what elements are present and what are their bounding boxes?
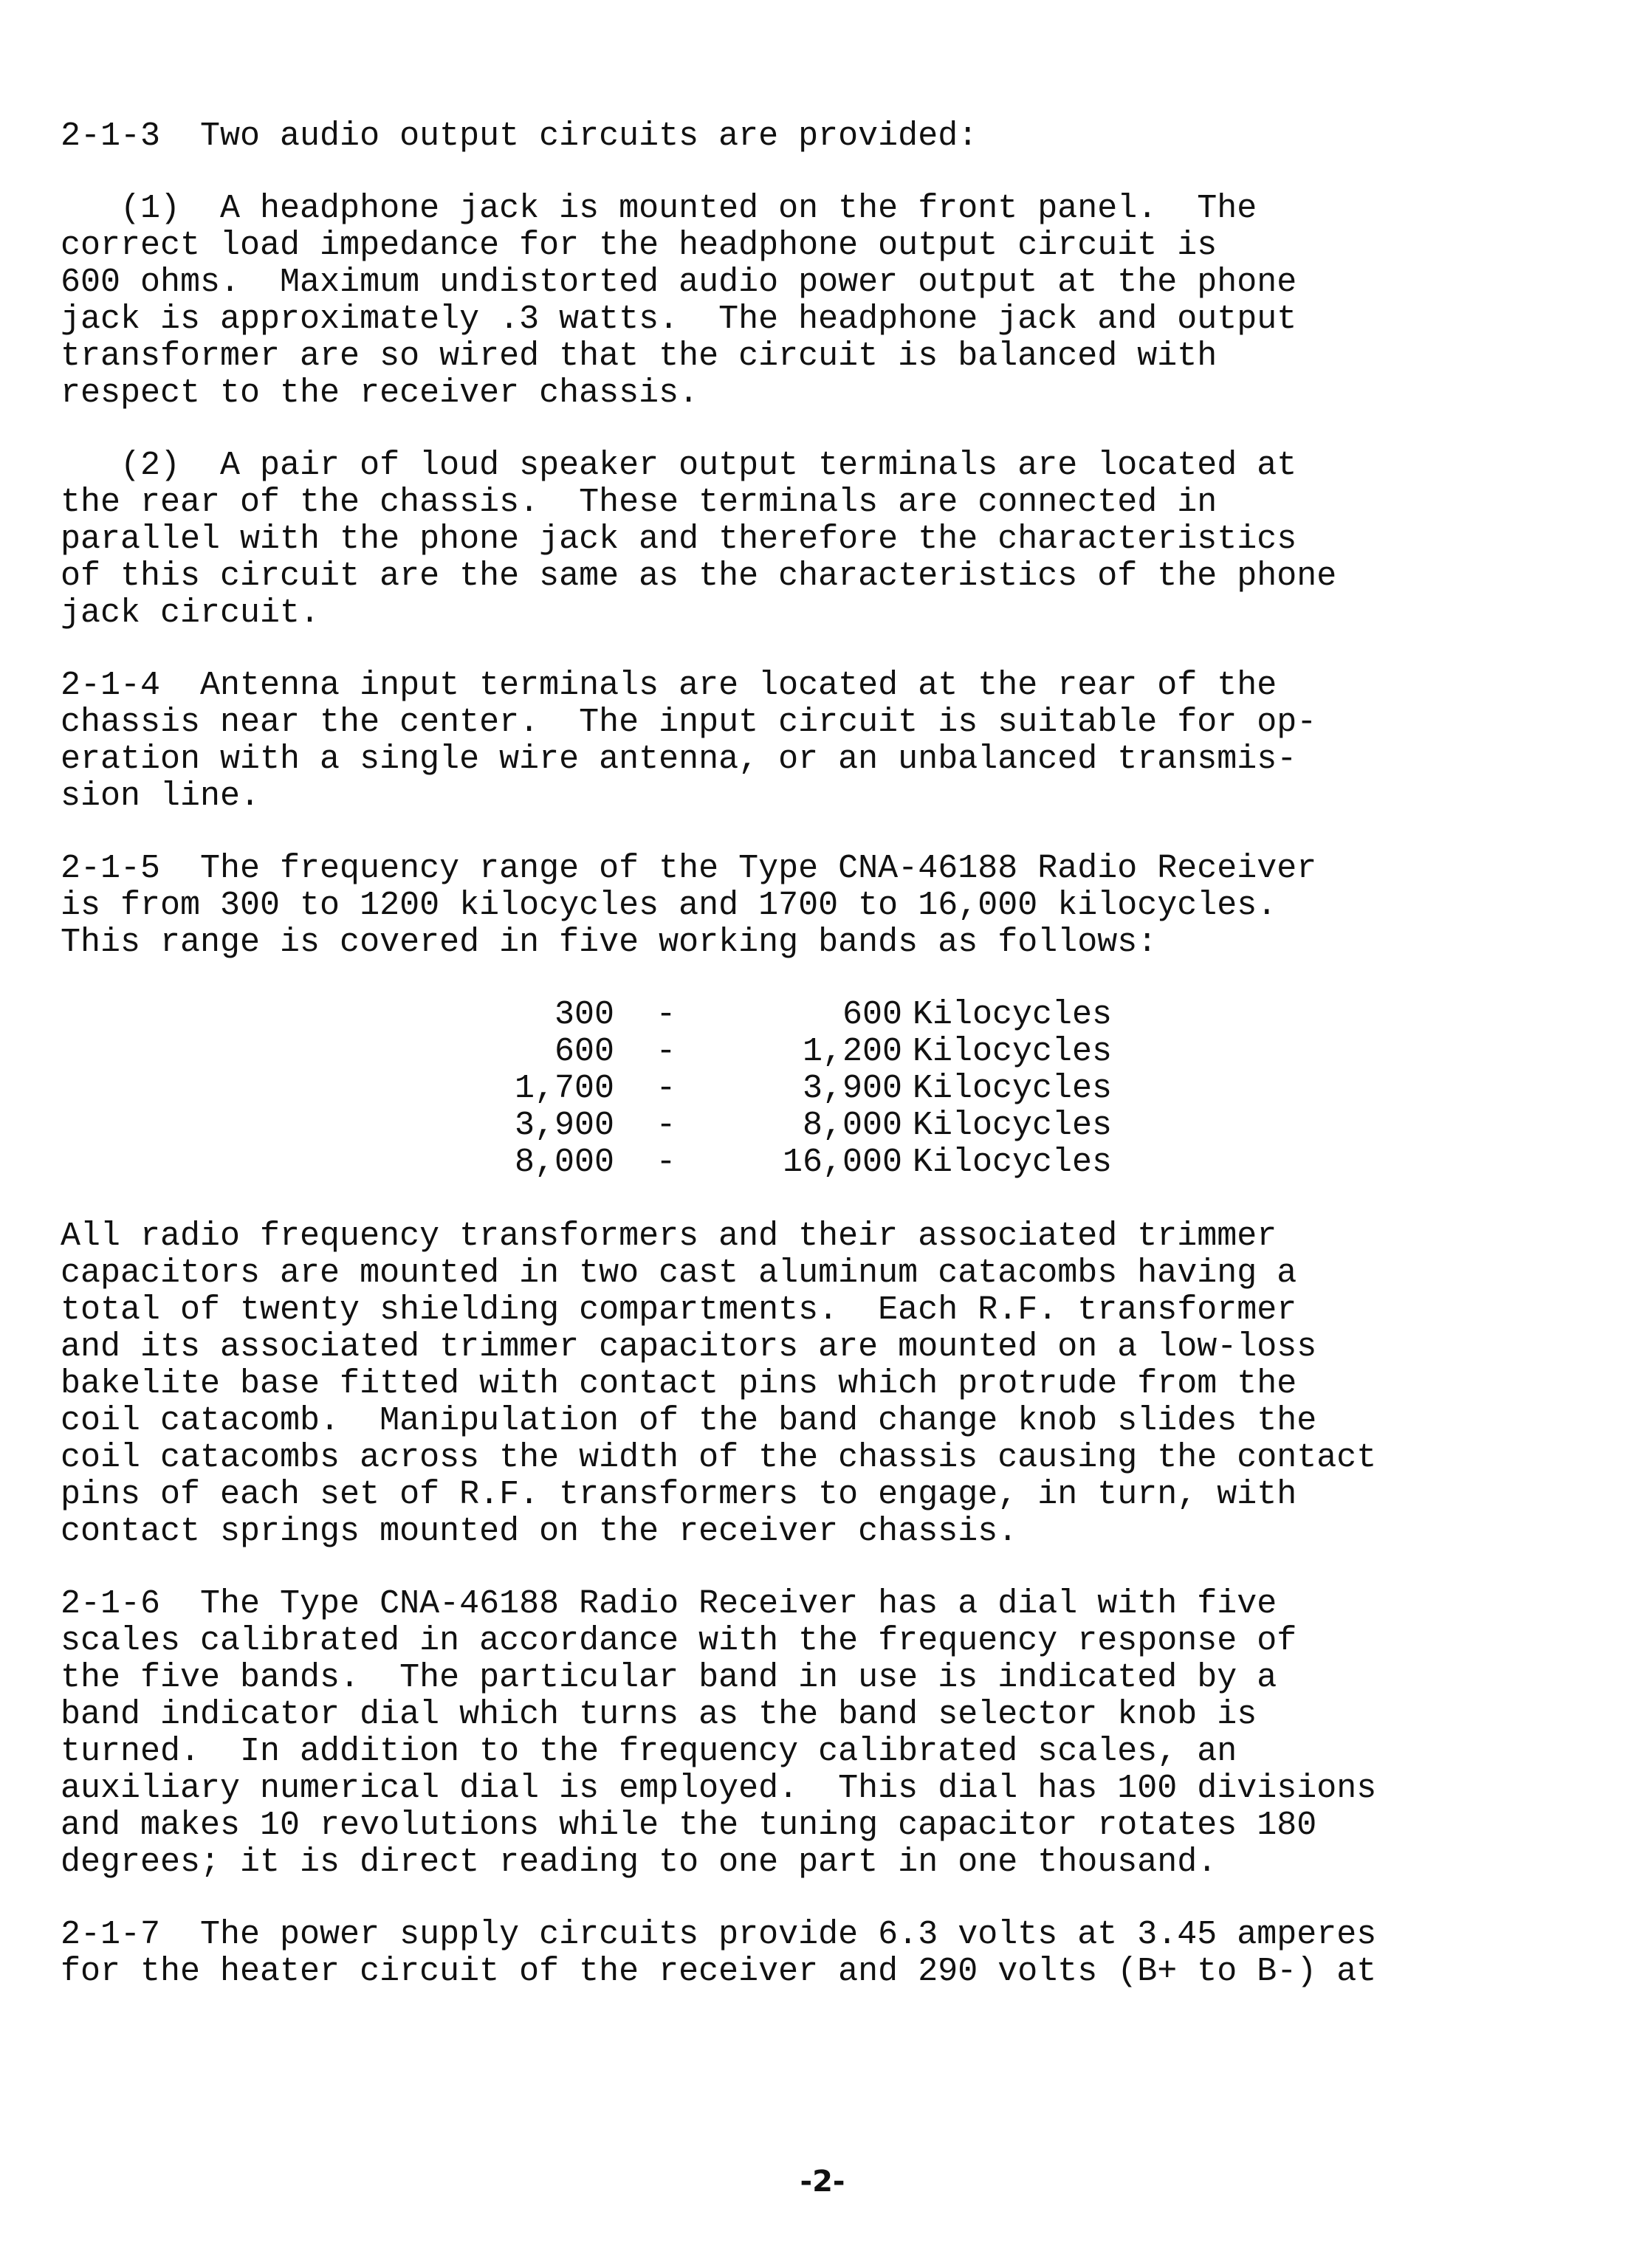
band-dash: - xyxy=(614,1071,718,1107)
text-line: capacitors are mounted in two cast alumi… xyxy=(61,1255,1537,1292)
text-line: This range is covered in five working ba… xyxy=(61,924,1537,961)
band-from: 8,000 xyxy=(496,1144,614,1181)
text-line: degrees; it is direct reading to one par… xyxy=(61,1844,1537,1881)
band-from: 300 xyxy=(496,997,614,1034)
text-line: respect to the receiver chassis. xyxy=(61,375,1537,412)
text-line: correct load impedance for the headphone… xyxy=(61,227,1537,264)
paragraph-2-1-4: 2-1-4 Antenna input terminals are locate… xyxy=(61,667,1537,815)
text-line: eration with a single wire antenna, or a… xyxy=(61,741,1537,778)
paragraph-2-1-6: 2-1-6 The Type CNA-46188 Radio Receiver … xyxy=(61,1586,1537,1881)
band-unit: Kilocycles xyxy=(902,1144,1112,1181)
text-line: the rear of the chassis. These terminals… xyxy=(61,484,1537,521)
text-line: band indicator dial which turns as the b… xyxy=(61,1697,1537,1733)
band-row: 300-600Kilocycles xyxy=(496,997,1537,1034)
band-from: 600 xyxy=(496,1034,614,1071)
paragraph-2-1-5: 2-1-5 The frequency range of the Type CN… xyxy=(61,850,1537,961)
band-to: 600 xyxy=(718,997,902,1034)
text-line: jack is approximately .3 watts. The head… xyxy=(61,301,1537,338)
band-unit: Kilocycles xyxy=(902,1034,1112,1071)
band-dash: - xyxy=(614,1034,718,1071)
paragraph-2-1-3-1: (1) A headphone jack is mounted on the f… xyxy=(61,190,1537,412)
sections-after: All radio frequency transformers and the… xyxy=(61,1218,1537,1990)
band-unit: Kilocycles xyxy=(902,1071,1112,1107)
band-dash: - xyxy=(614,997,718,1034)
sections-before: 2-1-3 Two audio output circuits are prov… xyxy=(61,118,1537,961)
text-line: sion line. xyxy=(61,778,1537,815)
paragraph-2-1-3: 2-1-3 Two audio output circuits are prov… xyxy=(61,118,1537,155)
text-line: transformer are so wired that the circui… xyxy=(61,338,1537,375)
band-dash: - xyxy=(614,1107,718,1144)
text-line: jack circuit. xyxy=(61,595,1537,632)
text-line: contact springs mounted on the receiver … xyxy=(61,1513,1537,1550)
text-line: 2-1-6 The Type CNA-46188 Radio Receiver … xyxy=(61,1586,1537,1623)
text-line: 2-1-5 The frequency range of the Type CN… xyxy=(61,850,1537,887)
text-line: the five bands. The particular band in u… xyxy=(61,1660,1537,1697)
band-unit: Kilocycles xyxy=(902,997,1112,1034)
band-dash: - xyxy=(614,1144,718,1181)
text-line: (1) A headphone jack is mounted on the f… xyxy=(61,190,1537,227)
text-line: 2-1-4 Antenna input terminals are locate… xyxy=(61,667,1537,704)
paragraph-2-1-7: 2-1-7 The power supply circuits provide … xyxy=(61,1917,1537,1990)
band-to: 1,200 xyxy=(718,1034,902,1071)
text-line: 2-1-7 The power supply circuits provide … xyxy=(61,1917,1537,1953)
text-line: coil catacomb. Manipulation of the band … xyxy=(61,1403,1537,1440)
band-to: 8,000 xyxy=(718,1107,902,1144)
text-line: All radio frequency transformers and the… xyxy=(61,1218,1537,1255)
text-line: 2-1-3 Two audio output circuits are prov… xyxy=(61,118,1537,155)
text-line: bakelite base fitted with contact pins w… xyxy=(61,1366,1537,1403)
text-line: total of twenty shielding compartments. … xyxy=(61,1292,1537,1329)
paragraph-rf-transformers: All radio frequency transformers and the… xyxy=(61,1218,1537,1550)
text-line: coil catacombs across the width of the c… xyxy=(61,1440,1537,1477)
text-line: scales calibrated in accordance with the… xyxy=(61,1623,1537,1660)
band-row: 3,900-8,000Kilocycles xyxy=(496,1107,1537,1144)
text-line: (2) A pair of loud speaker output termin… xyxy=(61,447,1537,484)
band-unit: Kilocycles xyxy=(902,1107,1112,1144)
text-line: and makes 10 revolutions while the tunin… xyxy=(61,1807,1537,1844)
band-from: 1,700 xyxy=(496,1071,614,1107)
text-line: parallel with the phone jack and therefo… xyxy=(61,521,1537,558)
text-line: turned. In addition to the frequency cal… xyxy=(61,1733,1537,1770)
text-line: for the heater circuit of the receiver a… xyxy=(61,1953,1537,1990)
frequency-band-table: 300-600Kilocycles600-1,200Kilocycles1,70… xyxy=(496,997,1537,1181)
text-line: of this circuit are the same as the char… xyxy=(61,558,1537,595)
text-line: pins of each set of R.F. transformers to… xyxy=(61,1477,1537,1513)
text-line: and its associated trimmer capacitors ar… xyxy=(61,1329,1537,1366)
text-line: 600 ohms. Maximum undistorted audio powe… xyxy=(61,264,1537,301)
text-line: is from 300 to 1200 kilocycles and 1700 … xyxy=(61,887,1537,924)
document-page: 2-1-3 Two audio output circuits are prov… xyxy=(61,118,1537,2026)
page-number: -2- xyxy=(0,2163,1645,2200)
band-row: 600-1,200Kilocycles xyxy=(496,1034,1537,1071)
text-line: auxiliary numerical dial is employed. Th… xyxy=(61,1770,1537,1807)
band-to: 3,900 xyxy=(718,1071,902,1107)
band-from: 3,900 xyxy=(496,1107,614,1144)
text-line: chassis near the center. The input circu… xyxy=(61,704,1537,741)
band-row: 1,700-3,900Kilocycles xyxy=(496,1071,1537,1107)
band-row: 8,000-16,000Kilocycles xyxy=(496,1144,1537,1181)
band-to: 16,000 xyxy=(718,1144,902,1181)
paragraph-2-1-3-2: (2) A pair of loud speaker output termin… xyxy=(61,447,1537,632)
